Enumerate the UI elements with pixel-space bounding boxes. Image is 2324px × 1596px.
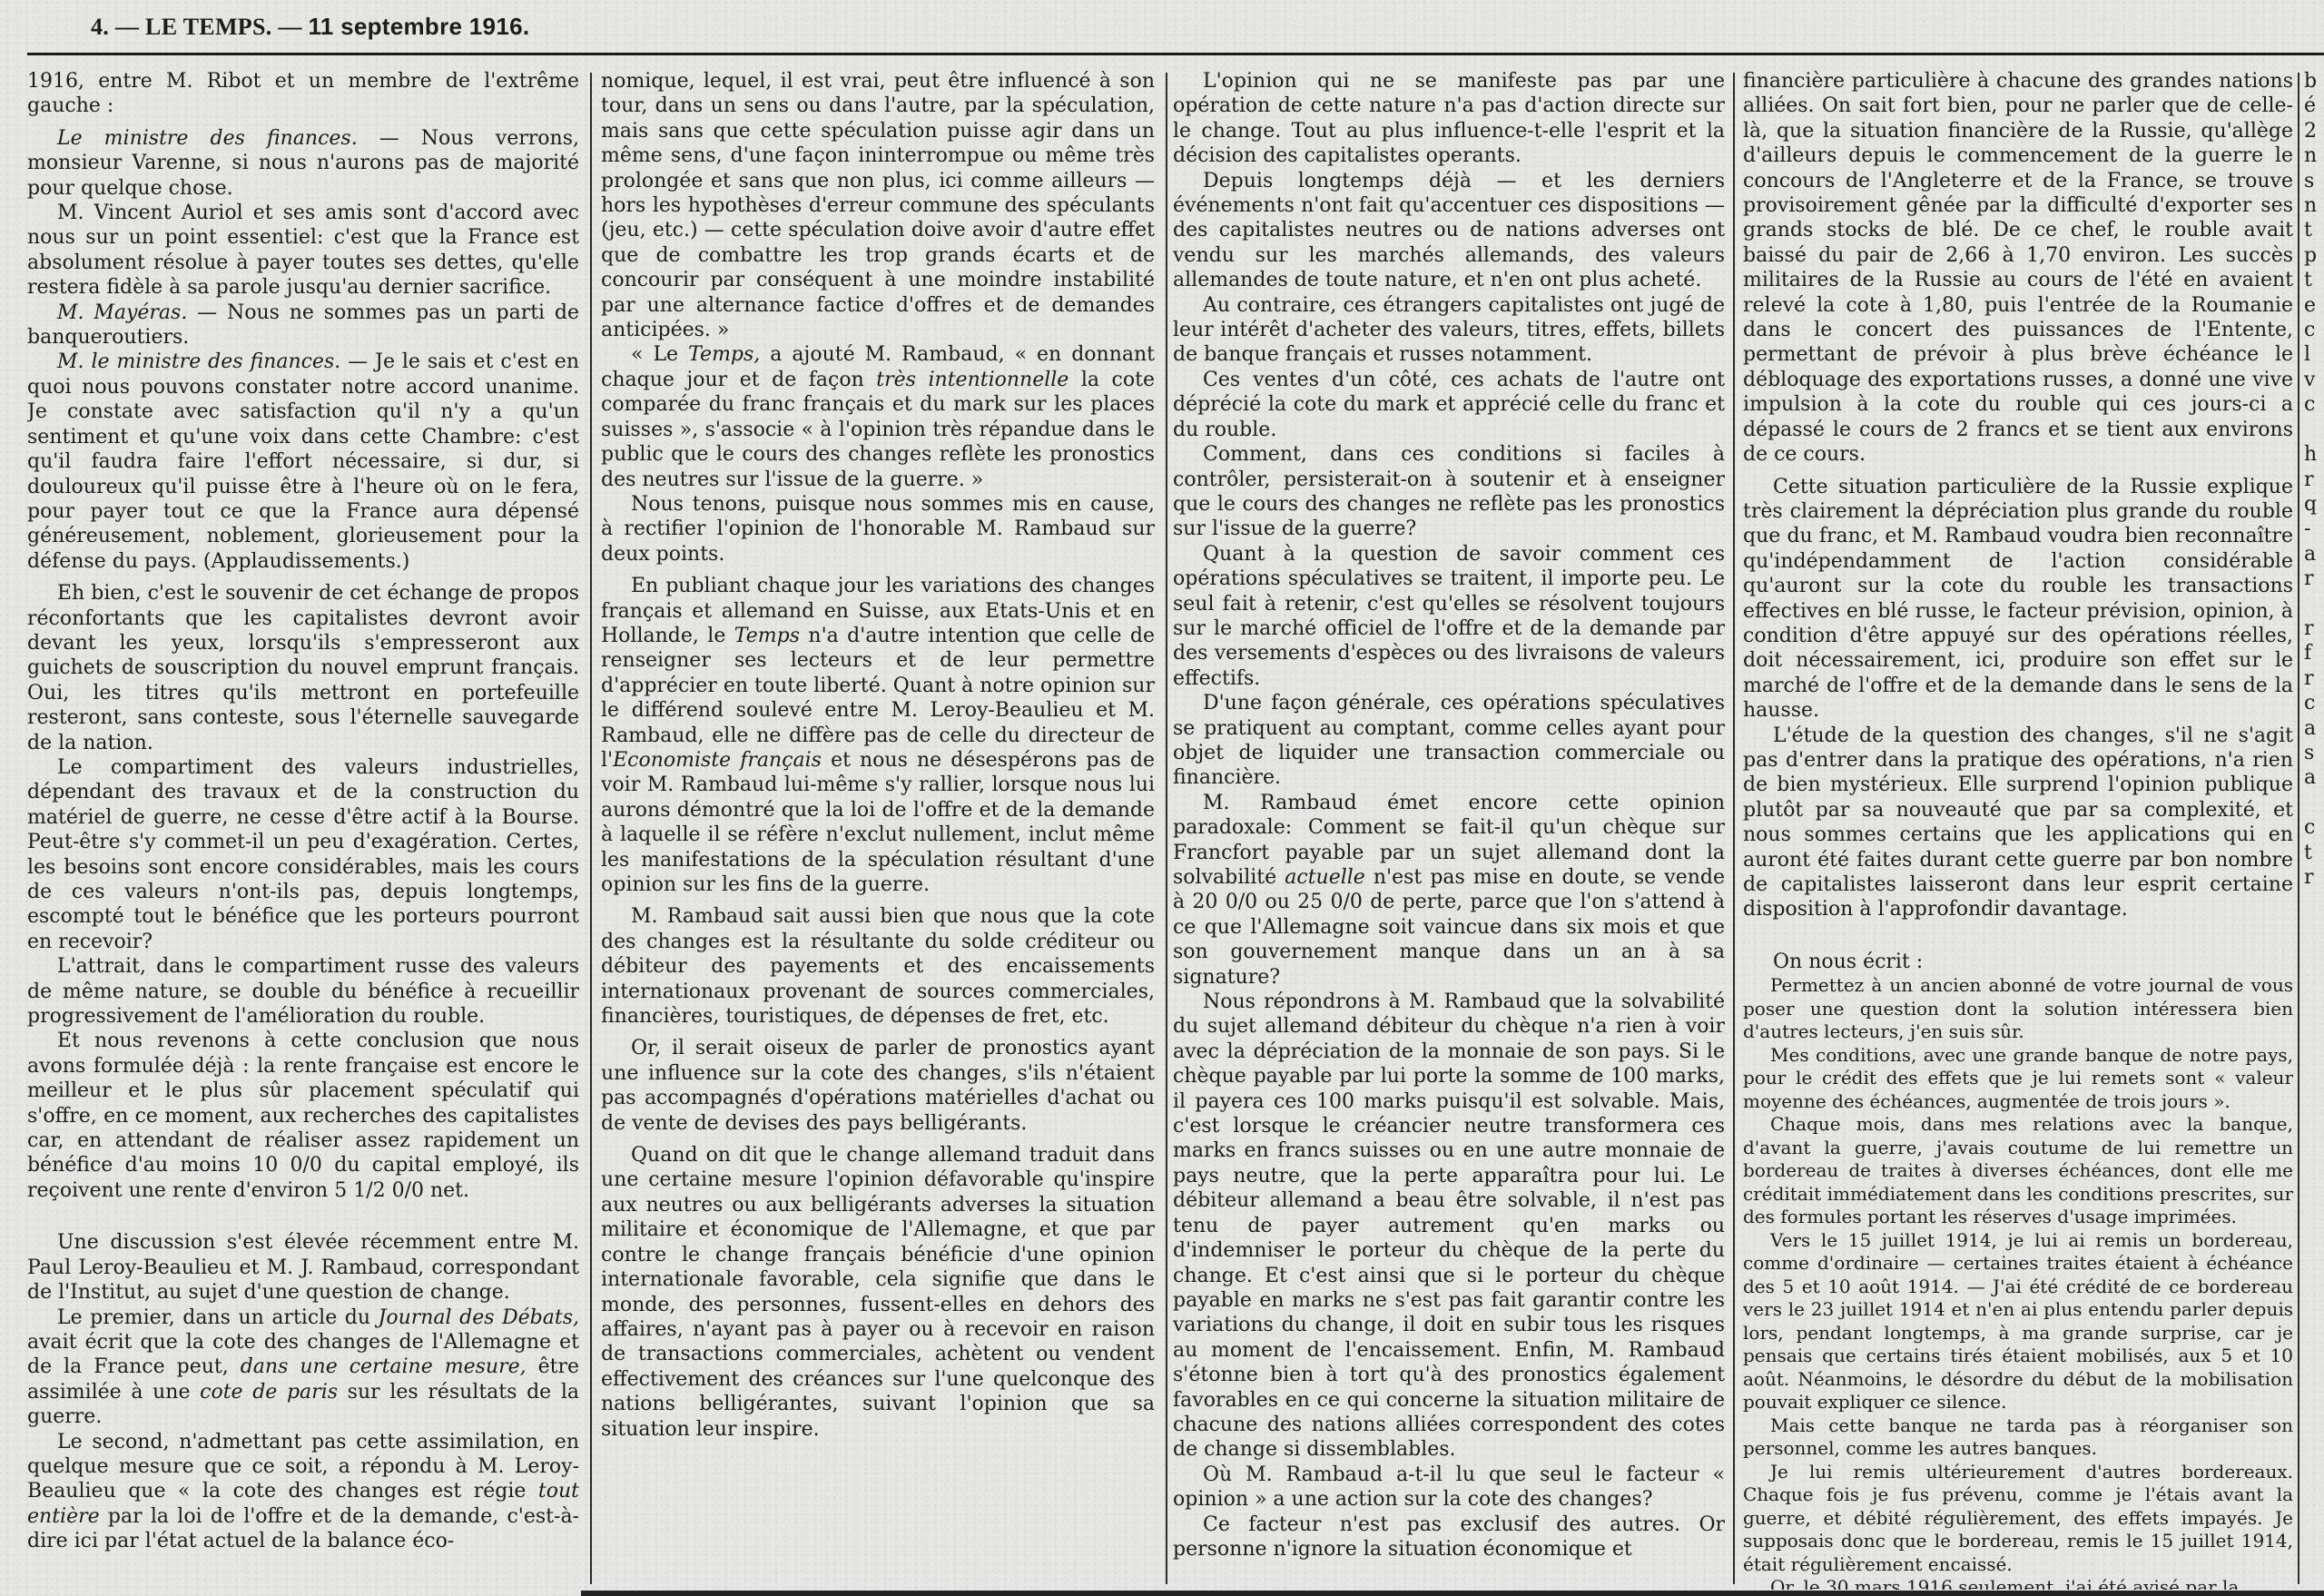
italic-title: Journal des Débats, xyxy=(379,1306,579,1329)
fragment-letter xyxy=(2304,418,2324,442)
paragraph-text: Mes conditions, avec une grande banque d… xyxy=(1743,1044,2293,1112)
fragment-letter: c xyxy=(2304,318,2324,342)
fragment-letter: a xyxy=(2304,716,2324,741)
paragraph: Eh bien, c'est le souvenir de cet échang… xyxy=(27,581,579,755)
column-rule xyxy=(590,73,592,1584)
paragraph-text: Chaque mois, dans mes relations avec la … xyxy=(1743,1113,2293,1227)
paragraph: En publiant chaque jour les variations d… xyxy=(601,574,1155,897)
paragraph: Le ministre des finances. — Nous verrons… xyxy=(27,126,579,201)
paragraph-text: Mais cette banque ne tarda pas à réorgan… xyxy=(1743,1414,2293,1460)
column-rule xyxy=(2298,73,2299,1584)
paragraph-text: Ces ventes d'un côté, ces achats de l'au… xyxy=(1173,369,1725,441)
fragment-letter: c xyxy=(2304,691,2324,715)
paragraph-text: Depuis longtemps déjà — et les derniers … xyxy=(1173,170,1725,292)
paragraph: M. le ministre des finances. — Je le sai… xyxy=(27,350,579,574)
paragraph: Quand on dit que le change allemand trad… xyxy=(601,1143,1155,1442)
header-rule xyxy=(27,53,2324,55)
paragraph: Or, il serait oiseux de parler de pronos… xyxy=(601,1036,1155,1136)
paragraph: Le compartiment des valeurs industrielle… xyxy=(27,755,579,954)
paragraph: Le second, n'admettant pas cette assimil… xyxy=(27,1430,579,1554)
italic-title: très intentionnelle xyxy=(876,369,1068,391)
paragraph: Nous répondrons à M. Rambaud que la solv… xyxy=(1173,990,1725,1463)
paragraph-text: Eh bien, c'est le souvenir de cet échang… xyxy=(27,582,579,754)
fragment-letter: v xyxy=(2304,368,2324,392)
next-column-fragment: bé2nsntpteclvc hrq-ar rfrcasa ctr xyxy=(2304,69,2324,890)
fragment-letter: n xyxy=(2304,143,2324,168)
speaker-name: M. Mayéras. xyxy=(57,301,187,324)
paragraph: L'attrait, dans le compartiment russe de… xyxy=(27,954,579,1029)
paragraph: M. Mayéras. — Nous ne sommes pas un part… xyxy=(27,300,579,350)
paragraph: Ce facteur n'est pas exclusif des autres… xyxy=(1173,1512,1725,1562)
italic-title: tout entière xyxy=(27,1480,579,1527)
page-number: 4. xyxy=(91,14,109,40)
fragment-letter: b xyxy=(2304,69,2324,94)
paragraph: Où M. Rambaud a-t-il lu que seul le fact… xyxy=(1173,1463,1725,1512)
fragment-letter: r xyxy=(2304,468,2324,492)
paragraph: L'opinion qui ne se manifeste pas par un… xyxy=(1173,69,1725,169)
paragraph-text: nomique, lequel, il est vrai, peut être … xyxy=(601,70,1155,341)
paragraph: Une discussion s'est élevée récemment en… xyxy=(27,1230,579,1305)
paragraph: Le premier, dans un article du Journal d… xyxy=(27,1305,579,1430)
paragraph: Or, le 30 mars 1916 seulement, j'ai été … xyxy=(1743,1576,2293,1590)
paragraph-text: Ce facteur n'est pas exclusif des autres… xyxy=(1173,1513,1725,1561)
paragraph-text: Où M. Rambaud a-t-il lu que seul le fact… xyxy=(1173,1463,1725,1511)
paragraph-text: Je lui remis ultérieurement d'autres bor… xyxy=(1743,1461,2293,1575)
paragraph-text: Quant à la question de savoir comment ce… xyxy=(1173,543,1725,690)
paragraph-text: Cette situation particulière de la Russi… xyxy=(1743,476,2293,723)
paragraph-text: Le compartiment des valeurs industrielle… xyxy=(27,756,579,953)
paragraph: Nous tenons, puisque nous sommes mis en … xyxy=(601,492,1155,566)
paragraph-text: Or, il serait oiseux de parler de pronos… xyxy=(601,1037,1155,1134)
italic-title: Temps, xyxy=(688,343,760,366)
paragraph: Au contraire, ces étrangers capitalistes… xyxy=(1173,293,1725,368)
paragraph-text: L'attrait, dans le compartiment russe de… xyxy=(27,955,579,1028)
italic-title: cote de paris xyxy=(200,1381,338,1404)
speaker-name: M. le ministre des finances. xyxy=(57,350,340,373)
column-rule xyxy=(1733,73,1735,1584)
paragraph: D'une façon générale, ces opérations spé… xyxy=(1173,691,1725,791)
italic-title: Temps xyxy=(734,625,800,647)
paragraph: Mais cette banque ne tarda pas à réorgan… xyxy=(1743,1414,2293,1461)
column-rule xyxy=(1166,73,1167,1584)
fragment-letter: a xyxy=(2304,542,2324,566)
paragraph: « Le Temps, a ajouté M. Rambaud, « en do… xyxy=(601,342,1155,491)
fragment-letter: p xyxy=(2304,243,2324,268)
paragraph: Permettez à un ancien abonné de votre jo… xyxy=(1743,974,2293,1044)
paragraph-text: — Je le sais et c'est en quoi nous pouvo… xyxy=(27,350,579,572)
fragment-letter: n xyxy=(2304,193,2324,218)
paragraph: Chaque mois, dans mes relations avec la … xyxy=(1743,1113,2293,1229)
fragment-letter: t xyxy=(2304,268,2324,292)
fragment-letter: l xyxy=(2304,342,2324,367)
fragment-letter: c xyxy=(2304,392,2324,417)
fragment-letter xyxy=(2304,791,2324,815)
paragraph-text: Or, le 30 mars 1916 seulement, j'ai été … xyxy=(1770,1576,2239,1590)
paragraph: Et nous revenons à cette conclusion que … xyxy=(27,1029,579,1203)
paragraph-text: Nous tenons, puisque nous sommes mis en … xyxy=(601,493,1155,566)
paragraph-text: D'une façon générale, ces opérations spé… xyxy=(1173,692,1725,789)
publication-title: LE TEMPS. xyxy=(145,14,271,40)
paragraph-text: M. Rambaud sait aussi bien que nous que … xyxy=(601,905,1155,1028)
paragraph: M. Rambaud émet encore cette opinion par… xyxy=(1173,791,1725,990)
fragment-letter: r xyxy=(2304,616,2324,641)
section-heading: On nous écrit : xyxy=(1743,950,2293,974)
paragraph-text: Une discussion s'est élevée récemment en… xyxy=(27,1231,579,1304)
footer-rule xyxy=(581,1591,2324,1596)
header-dash: — xyxy=(278,14,301,40)
article-column-2: nomique, lequel, il est vrai, peut être … xyxy=(601,69,1155,1590)
paragraph: Cette situation particulière de la Russi… xyxy=(1743,475,2293,724)
paragraph-text: financière particulière à chacune des gr… xyxy=(1743,70,2293,466)
article-column-1: 1916, entre M. Ribot et un membre de l'e… xyxy=(27,69,579,1590)
fragment-letter: r xyxy=(2304,666,2324,691)
paragraph: M. Rambaud sait aussi bien que nous que … xyxy=(601,904,1155,1029)
paragraph: financière particulière à chacune des gr… xyxy=(1743,69,2293,468)
fragment-letter: t xyxy=(2304,841,2324,865)
heading-text: On nous écrit : xyxy=(1773,951,1923,973)
speaker-name: Le ministre des finances. xyxy=(57,127,358,150)
paragraph-text: Permettez à un ancien abonné de votre jo… xyxy=(1743,974,2293,1042)
fragment-letter: t xyxy=(2304,218,2324,242)
paragraph-text: Nous répondrons à M. Rambaud que la solv… xyxy=(1173,990,1725,1461)
paragraph-text: L'étude de la question des changes, s'il… xyxy=(1743,724,2293,921)
paragraph-text: Comment, dans ces conditions si faciles … xyxy=(1173,443,1725,540)
italic-title: Economiste français xyxy=(613,749,822,772)
paragraph-text: Quand on dit que le change allemand trad… xyxy=(601,1144,1155,1440)
italic-title: actuelle xyxy=(1285,866,1365,889)
fragment-letter: a xyxy=(2304,765,2324,790)
paragraph: Mes conditions, avec une grande banque d… xyxy=(1743,1044,2293,1114)
paragraph: Comment, dans ces conditions si faciles … xyxy=(1173,442,1725,542)
paragraph: L'étude de la question des changes, s'il… xyxy=(1743,724,2293,922)
fragment-letter: q xyxy=(2304,492,2324,517)
publication-date: 11 septembre 1916. xyxy=(308,13,529,40)
fragment-letter: r xyxy=(2304,566,2324,591)
paragraph-text: 1916, entre M. Ribot et un membre de l'e… xyxy=(27,70,579,117)
fragment-letter: - xyxy=(2304,517,2324,541)
paragraph-text: Vers le 15 juillet 1914, je lui ai remis… xyxy=(1743,1229,2293,1414)
fragment-letter: f xyxy=(2304,641,2324,665)
article-column-4: financière particulière à chacune des gr… xyxy=(1743,69,2293,1590)
paragraph-text: Et nous revenons à cette conclusion que … xyxy=(27,1030,579,1201)
fragment-letter: s xyxy=(2304,169,2324,193)
paragraph: 1916, entre M. Ribot et un membre de l'e… xyxy=(27,69,579,119)
paragraph: Je lui remis ultérieurement d'autres bor… xyxy=(1743,1461,2293,1577)
fragment-letter xyxy=(2304,592,2324,616)
paragraph-text: Au contraire, ces étrangers capitalistes… xyxy=(1173,294,1725,367)
paragraph: nomique, lequel, il est vrai, peut être … xyxy=(601,69,1155,342)
fragment-letter: s xyxy=(2304,741,2324,765)
fragment-letter: é xyxy=(2304,94,2324,118)
header-dash: — xyxy=(115,14,139,40)
article-column-3: L'opinion qui ne se manifeste pas par un… xyxy=(1173,69,1725,1590)
paragraph: Quant à la question de savoir comment ce… xyxy=(1173,542,1725,691)
fragment-letter: r xyxy=(2304,865,2324,890)
fragment-letter: c xyxy=(2304,815,2324,840)
paragraph: Depuis longtemps déjà — et les derniers … xyxy=(1173,169,1725,293)
paragraph-text: L'opinion qui ne se manifeste pas par un… xyxy=(1173,70,1725,167)
paragraph: Vers le 15 juillet 1914, je lui ai remis… xyxy=(1743,1229,2293,1414)
fragment-letter: 2 xyxy=(2304,119,2324,143)
paragraph-text: M. Vincent Auriol et ses amis sont d'acc… xyxy=(27,202,579,299)
italic-title: dans une certaine mesure, xyxy=(241,1355,527,1378)
paragraph: Ces ventes d'un côté, ces achats de l'au… xyxy=(1173,368,1725,442)
fragment-letter: e xyxy=(2304,293,2324,318)
page-header: 4. — LE TEMPS. — 11 septembre 1916. xyxy=(91,13,529,45)
paragraph: M. Vincent Auriol et ses amis sont d'acc… xyxy=(27,201,579,300)
fragment-letter: h xyxy=(2304,442,2324,467)
